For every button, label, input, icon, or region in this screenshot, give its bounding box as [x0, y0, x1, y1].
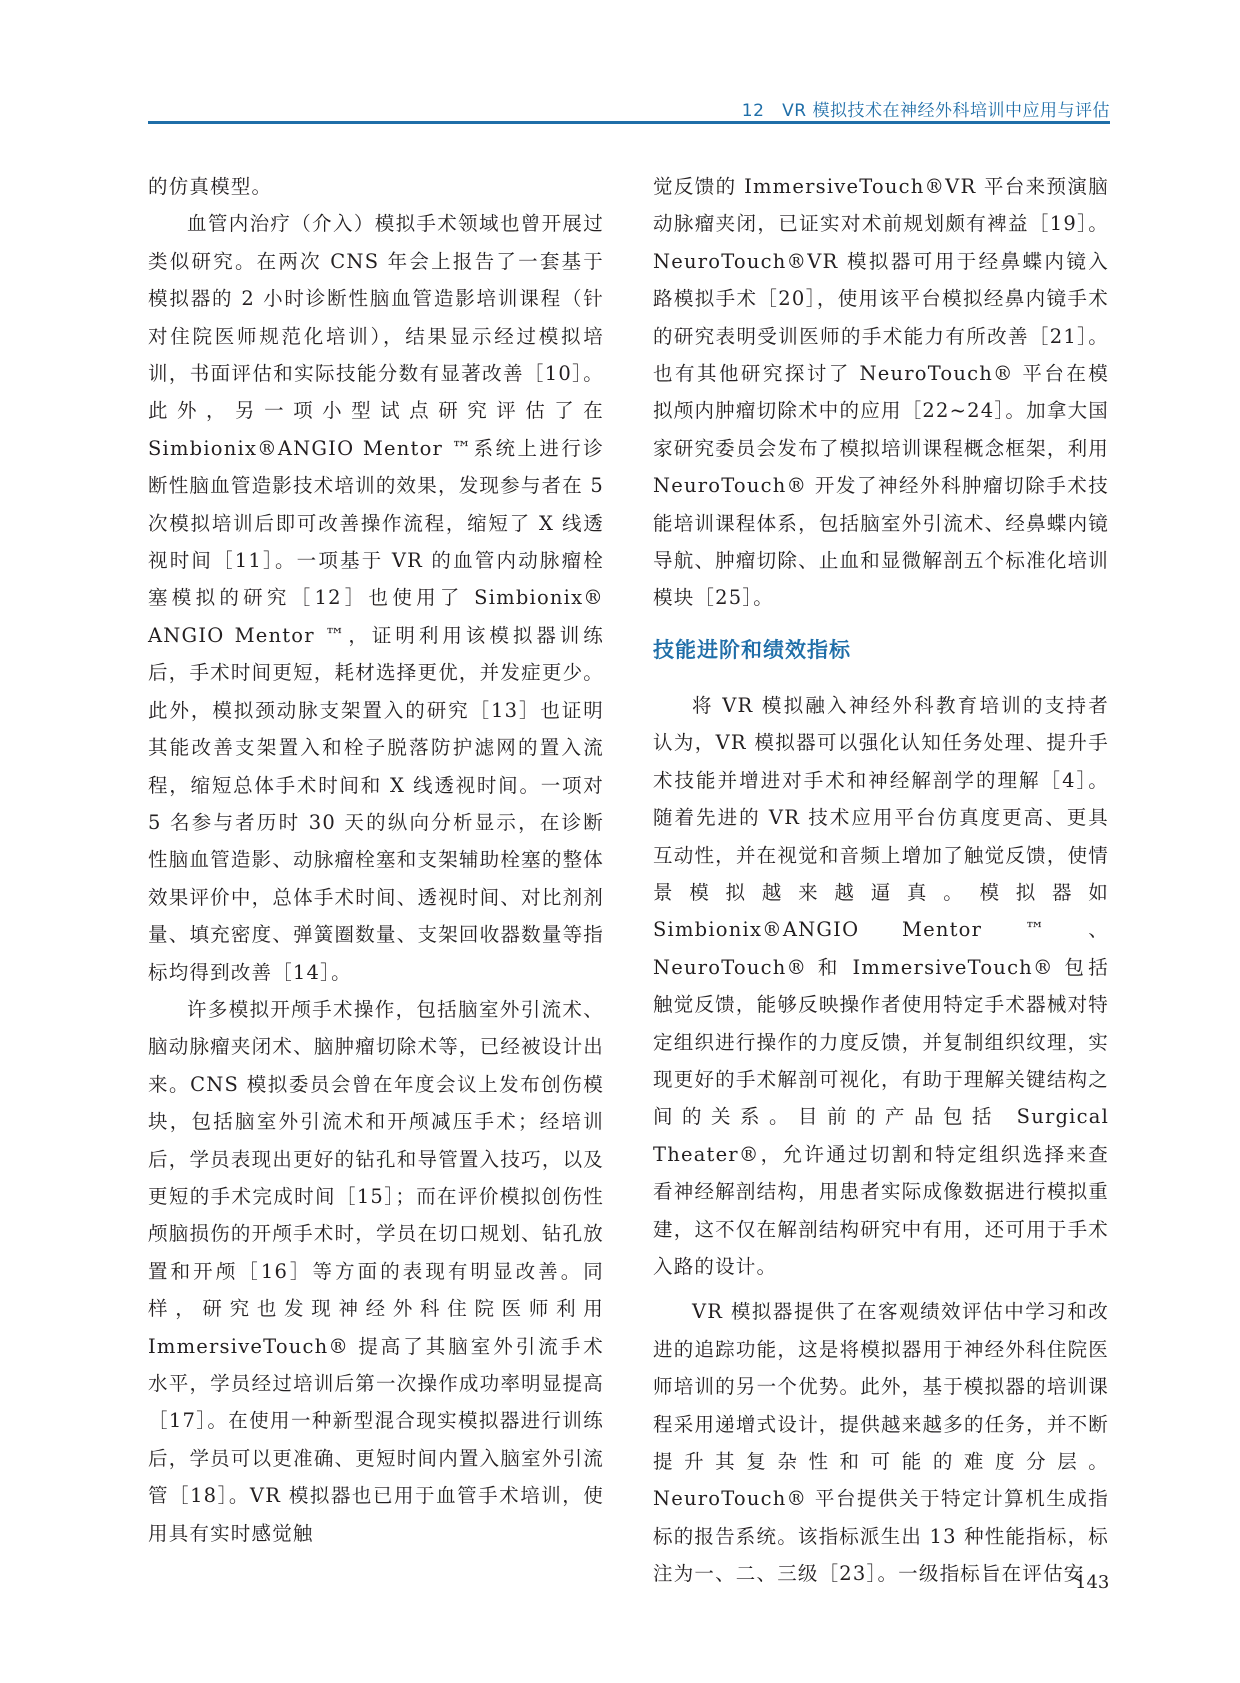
right-column: 觉反馈的 ImmersiveTouch®VR 平台来预演脑动脉瘤夹闭，已证实对术…: [653, 168, 1109, 1593]
chapter-header-title: 12 VR 模拟技术在神经外科培训中应用与评估: [742, 96, 1110, 121]
chapter-number: 12: [742, 101, 765, 121]
header-rule-divider: [148, 121, 1110, 124]
chapter-title: VR 模拟技术在神经外科培训中应用与评估: [782, 101, 1110, 121]
paragraph: 血管内治疗（介入）模拟手术领域也曾开展过类似研究。在两次 CNS 年会上报告了一…: [148, 205, 604, 991]
paragraph: 许多模拟开颅手术操作，包括脑室外引流术、脑动脉瘤夹闭术、脑肿瘤切除术等，已经被设…: [148, 991, 604, 1552]
paragraph: VR 模拟器提供了在客观绩效评估中学习和改进的追踪功能，这是将模拟器用于神经外科…: [653, 1293, 1109, 1592]
section-heading: 技能进阶和绩效指标: [653, 631, 1109, 669]
page-number: 143: [1075, 1572, 1109, 1593]
left-column: 的仿真模型。 血管内治疗（介入）模拟手术领域也曾开展过类似研究。在两次 CNS …: [148, 168, 604, 1552]
paragraph-gap: [653, 1285, 1109, 1293]
paragraph: 将 VR 模拟融入神经外科教育培训的支持者认为，VR 模拟器可以强化认知任务处理…: [653, 687, 1109, 1286]
paragraph: 的仿真模型。: [148, 168, 604, 205]
paragraph: 觉反馈的 ImmersiveTouch®VR 平台来预演脑动脉瘤夹闭，已证实对术…: [653, 168, 1109, 617]
running-header: 12 VR 模拟技术在神经外科培训中应用与评估: [148, 92, 1110, 122]
